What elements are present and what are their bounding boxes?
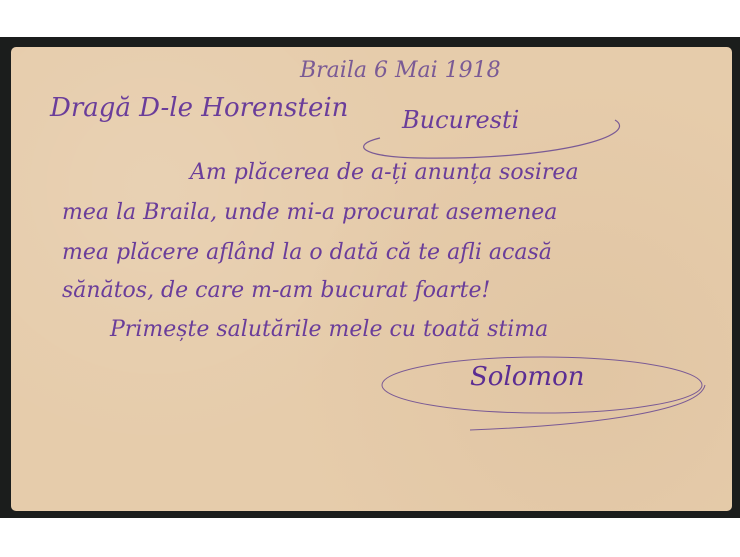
destination-city: Bucuresti xyxy=(402,106,519,134)
body-line-2: mea la Braila, unde mi-a procurat asemen… xyxy=(62,200,557,225)
body-line-3: mea plăcere aflând la o dată că te afli … xyxy=(62,240,552,265)
body-line-1: Am plăcerea de a-ți anunța sosirea xyxy=(190,160,579,185)
body-line-4: sănătos, de care m-am bucurat foarte! xyxy=(62,278,490,303)
greeting: Dragă D-le Horenstein xyxy=(50,93,348,123)
closing-line: Primește salutările mele cu toată stima xyxy=(110,317,548,342)
place-and-date: Braila 6 Mai 1918 xyxy=(300,58,501,83)
signature: Solomon xyxy=(470,362,585,392)
